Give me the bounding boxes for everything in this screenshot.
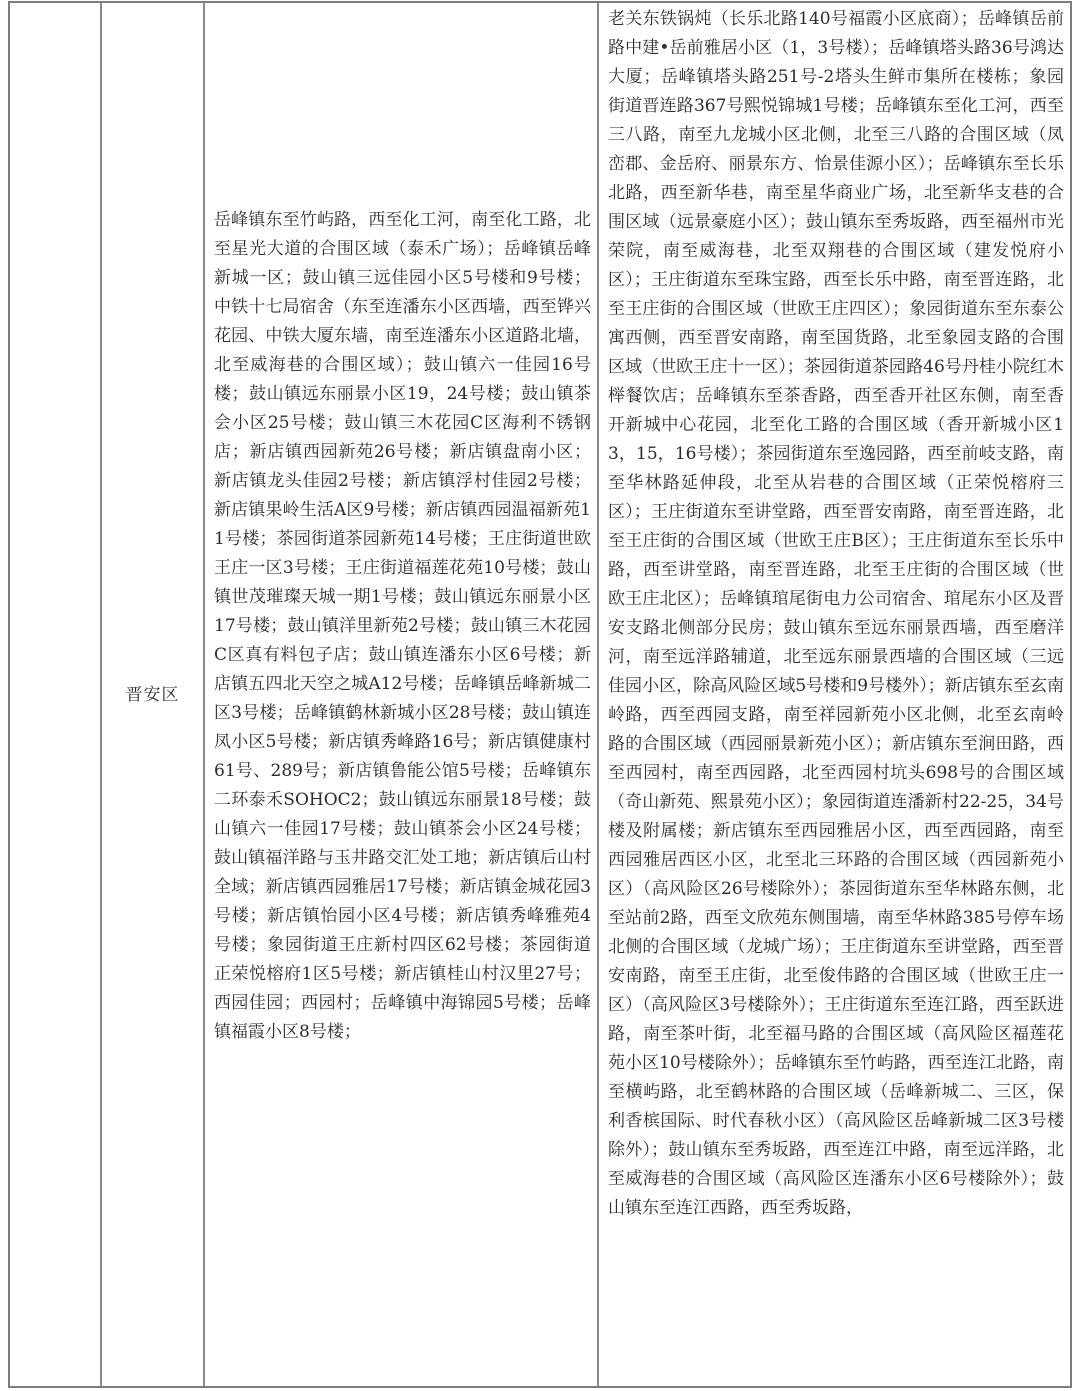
medium-risk-areas-cell: 老关东铁锅炖（长乐北路140号福霞小区底商）；岳峰镇岳前路中建•岳前雅居小区（1… [599, 3, 1070, 1386]
index-cell [10, 3, 102, 1386]
district-name: 晋安区 [102, 680, 203, 705]
high-risk-areas-cell: 岳峰镇东至竹屿路，西至化工河，南至化工路，北至星光大道的合围区域（泰禾广场）；岳… [205, 3, 599, 1386]
high-risk-areas-text: 岳峰镇东至竹屿路，西至化工河，南至化工路，北至星光大道的合围区域（泰禾广场）；岳… [214, 206, 591, 1047]
district-cell: 晋安区 [102, 3, 205, 1386]
medium-risk-areas-text: 老关东铁锅炖（长乐北路140号福霞小区底商）；岳峰镇岳前路中建•岳前雅居小区（1… [608, 5, 1064, 1223]
risk-area-table: 晋安区 岳峰镇东至竹屿路，西至化工河，南至化工路，北至星光大道的合围区域（泰禾广… [8, 1, 1072, 1388]
